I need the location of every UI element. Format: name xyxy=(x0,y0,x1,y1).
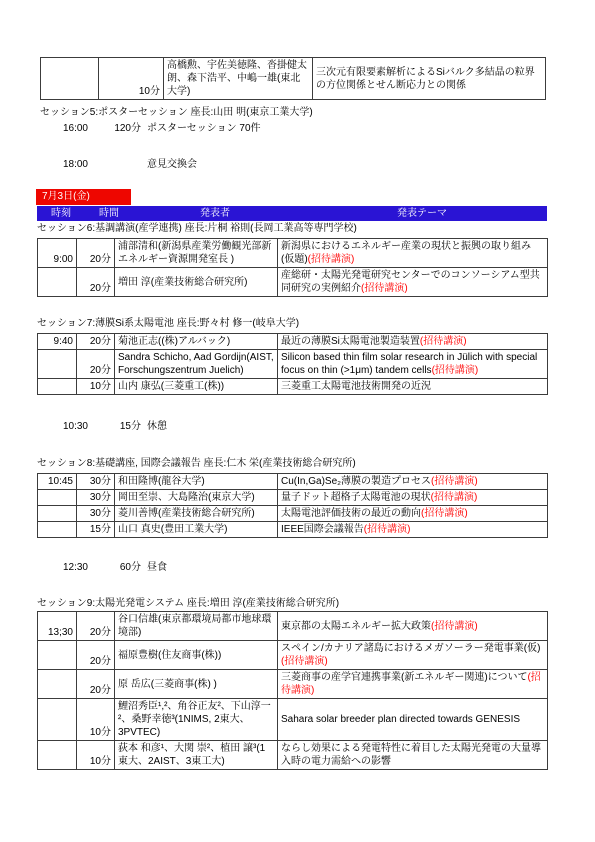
duration-cell: 30分 xyxy=(77,490,115,506)
time-cell xyxy=(41,58,99,100)
theme-cell: 最近の薄膜Si太陽電池製造装置(招待講演) xyxy=(278,334,548,350)
duration-cell: 15分 xyxy=(77,522,115,538)
speaker-cell: 岡田至崇、大島隆治(東京大学) xyxy=(115,490,278,506)
time-cell xyxy=(38,670,77,699)
time-cell xyxy=(38,741,77,770)
theme-text: IEEE国際会議報告 xyxy=(281,524,364,535)
invited-label: (招待講演) xyxy=(421,508,468,519)
duration-text xyxy=(88,159,141,171)
table-row: 10:45 30分 和田隆博(龍谷大学) Cu(In,Ga)Se₂薄膜の製造プロ… xyxy=(38,474,548,490)
time-cell xyxy=(38,350,77,379)
time-cell xyxy=(38,490,77,506)
table-row: 30分 菱川善博(産業技術総合研究所) 太陽電池評価技術の最近の動向(招待講演) xyxy=(38,506,548,522)
session7-heading: セッション7:薄膜Si系太陽電池 座長:野々村 修一(岐阜大学) xyxy=(37,318,299,330)
event-label: 意見交換会 xyxy=(147,159,197,171)
event-label: 休憩 xyxy=(147,421,167,433)
theme-cell: 量子ドット超格子太陽電池の現状(招待講演) xyxy=(278,490,548,506)
time-cell xyxy=(38,522,77,538)
session6-heading: セッション6:基調講演(産学連携) 座長:片桐 裕則(長岡工業高等専門学校) xyxy=(37,223,357,235)
invited-label: (招待講演) xyxy=(432,365,479,376)
theme-text: 三菱商事の産学官連携事業(新エネルギー関連)について xyxy=(281,672,527,683)
time-cell xyxy=(38,506,77,522)
session5-heading: セッション5:ポスターセッション 座長:山田 明(東京工業大学) xyxy=(40,107,313,119)
theme-cell: Silicon based thin film solar research i… xyxy=(278,350,548,379)
invited-label: (招待講演) xyxy=(364,524,411,535)
session8-table: 10:45 30分 和田隆博(龍谷大学) Cu(In,Ga)Se₂薄膜の製造プロ… xyxy=(37,473,548,538)
time-cell xyxy=(38,641,77,670)
time-text: 16:00 xyxy=(40,123,88,135)
theme-text: 三次元有限要素解析によるSiバルク多結晶の粒界の方位関係とせん断応力との関係 xyxy=(316,67,535,91)
table-row: 20分 原 岳広(三菱商事(株) ) 三菱商事の産学官連携事業(新エネルギー関連… xyxy=(38,670,548,699)
theme-text: スペイン/カナリア諸島におけるメガソーラー発電事業(仮) xyxy=(281,643,540,654)
speaker-cell: 谷口信雄(東京都環境局都市地球環境部) xyxy=(115,612,278,641)
table-row: 30分 岡田至崇、大島隆治(東京大学) 量子ドット超格子太陽電池の現状(招待講演… xyxy=(38,490,548,506)
session9-table: 13;30 20分 谷口信雄(東京都環境局都市地球環境部) 東京都の太陽エネルギ… xyxy=(37,611,548,770)
theme-text: Silicon based thin film solar research i… xyxy=(281,352,537,376)
duration-cell: 10分 xyxy=(77,379,115,395)
theme-text: ならし効果による発電特性に着目した太陽光発電の大量導入時の電力需給への影響 xyxy=(281,743,541,767)
break-line-rest: 10:30 15分 休憩 xyxy=(40,421,167,433)
speaker-cell: 高橋勲、宇佐美徳隆、沓掛健太朗、森下浩平、中嶋一雄(東北大学) xyxy=(164,58,313,100)
theme-text: Cu(In,Ga)Se₂薄膜の製造プロセス xyxy=(281,476,431,487)
speaker-cell: 菱川善博(産業技術総合研究所) xyxy=(115,506,278,522)
header-time: 時刻 xyxy=(37,206,85,221)
schedule-line-exchange: 18:00 意見交換会 xyxy=(40,159,197,171)
duration-cell: 20分 xyxy=(77,268,115,297)
theme-cell: Cu(In,Ga)Se₂薄膜の製造プロセス(招待講演) xyxy=(278,474,548,490)
program-page: 10分 高橋勲、宇佐美徳隆、沓掛健太朗、森下浩平、中嶋一雄(東北大学) 三次元有… xyxy=(0,0,595,842)
duration-cell: 30分 xyxy=(77,474,115,490)
theme-cell: 太陽電池評価技術の最近の動向(招待講演) xyxy=(278,506,548,522)
table-row: 13;30 20分 谷口信雄(東京都環境局都市地球環境部) 東京都の太陽エネルギ… xyxy=(38,612,548,641)
speaker-cell: 荻本 和彦¹、大関 崇²、植田 譲³(1東大、2AIST、3東工大) xyxy=(115,741,278,770)
table-row: 9:00 20分 浦部清和(新潟県産業労働観光部新エネルギー資源開発室長 ) 新… xyxy=(38,239,548,268)
duration-cell: 20分 xyxy=(77,670,115,699)
time-cell: 9:00 xyxy=(38,239,77,268)
time-cell: 10:45 xyxy=(38,474,77,490)
invited-label: (招待講演) xyxy=(308,254,355,265)
time-cell xyxy=(38,699,77,741)
table-row: 20分 増田 淳(産業技術総合研究所) 産総研・太陽光発電研究センターでのコンソ… xyxy=(38,268,548,297)
session8-heading: セッション8:基礎講座, 国際会議報告 座長:仁木 栄(産業技術総合研究所) xyxy=(37,458,356,470)
time-text: 10:30 xyxy=(40,421,88,433)
duration-cell: 10分 xyxy=(77,699,115,741)
theme-cell: IEEE国際会議報告(招待講演) xyxy=(278,522,548,538)
invited-label: (招待講演) xyxy=(420,336,467,347)
invited-label: (招待講演) xyxy=(431,492,478,503)
duration-text: 60分 xyxy=(88,562,141,574)
speaker-cell: 山口 真史(豊田工業大学) xyxy=(115,522,278,538)
speaker-cell: 和田隆博(龍谷大学) xyxy=(115,474,278,490)
invited-label: (招待講演) xyxy=(431,621,478,632)
duration-cell: 30分 xyxy=(77,506,115,522)
theme-cell: ならし効果による発電特性に着目した太陽光発電の大量導入時の電力需給への影響 xyxy=(278,741,548,770)
time-cell: 9:40 xyxy=(38,334,77,350)
table-row: 15分 山口 真史(豊田工業大学) IEEE国際会議報告(招待講演) xyxy=(38,522,548,538)
event-label: ポスターセッション 70件 xyxy=(147,123,261,135)
theme-cell: 新潟県におけるエネルギー産業の現状と振興の取り組み(仮題)(招待講演) xyxy=(278,239,548,268)
session6-table: 9:00 20分 浦部清和(新潟県産業労働観光部新エネルギー資源開発室長 ) 新… xyxy=(37,238,548,297)
invited-label: (招待講演) xyxy=(431,476,478,487)
speaker-cell: 菊池正志((株)アルバック) xyxy=(115,334,278,350)
theme-cell: 三菱商事の産学官連携事業(新エネルギー関連)について(招待講演) xyxy=(278,670,548,699)
duration-text: 15分 xyxy=(88,421,141,433)
table-row: 20分 福原豊樹(住友商事(株)) スペイン/カナリア諸島におけるメガソーラー発… xyxy=(38,641,548,670)
speaker-cell: 増田 淳(産業技術総合研究所) xyxy=(115,268,278,297)
time-cell xyxy=(38,268,77,297)
speaker-cell: Sandra Schicho, Aad Gordijn(AIST, Forsch… xyxy=(115,350,278,379)
duration-cell: 20分 xyxy=(77,612,115,641)
duration-text: 120分 xyxy=(88,123,141,135)
theme-text: 産総研・太陽光発電研究センターでのコンソーシアム型共同研究の実例紹介 xyxy=(281,270,540,294)
table-header: 時刻 時間 発表者 発表テーマ xyxy=(37,206,547,221)
session7-table: 9:40 20分 菊池正志((株)アルバック) 最近の薄膜Si太陽電池製造装置(… xyxy=(37,333,548,395)
theme-cell: 東京都の太陽エネルギー拡大政策(招待講演) xyxy=(278,612,548,641)
theme-text: 東京都の太陽エネルギー拡大政策 xyxy=(281,621,431,632)
event-label: 昼食 xyxy=(147,562,167,574)
duration-cell: 20分 xyxy=(77,334,115,350)
theme-text: Sahara solar breeder plan directed towar… xyxy=(281,714,520,725)
invited-label: (招待講演) xyxy=(281,656,328,667)
theme-cell: 三次元有限要素解析によるSiバルク多結晶の粒界の方位関係とせん断応力との関係 xyxy=(313,58,546,100)
theme-text: 最近の薄膜Si太陽電池製造装置 xyxy=(281,336,420,347)
table-row: 10分 山内 康弘(三菱重工(株)) 三菱重工太陽電池技術開発の近況 xyxy=(38,379,548,395)
duration-cell: 10分 xyxy=(77,741,115,770)
break-line-lunch: 12:30 60分 昼食 xyxy=(40,562,167,574)
theme-text: 三菱重工太陽電池技術開発の近況 xyxy=(281,381,431,392)
theme-cell: 産総研・太陽光発電研究センターでのコンソーシアム型共同研究の実例紹介(招待講演) xyxy=(278,268,548,297)
table-row: 9:40 20分 菊池正志((株)アルバック) 最近の薄膜Si太陽電池製造装置(… xyxy=(38,334,548,350)
time-text: 12:30 xyxy=(40,562,88,574)
speaker-cell: 原 岳広(三菱商事(株) ) xyxy=(115,670,278,699)
table-row: 10分 鯉沼秀臣¹,²、角谷正友²、下山淳一²、桑野幸徳³(1NIMS, 2東大… xyxy=(38,699,548,741)
speaker-cell: 浦部清和(新潟県産業労働観光部新エネルギー資源開発室長 ) xyxy=(115,239,278,268)
duration-cell: 20分 xyxy=(77,239,115,268)
invited-label: (招待講演) xyxy=(361,283,408,294)
header-duration: 時間 xyxy=(85,206,133,221)
speaker-cell: 鯉沼秀臣¹,²、角谷正友²、下山淳一²、桑野幸徳³(1NIMS, 2東大、3PV… xyxy=(115,699,278,741)
theme-cell: Sahara solar breeder plan directed towar… xyxy=(278,699,548,741)
theme-cell: 三菱重工太陽電池技術開発の近況 xyxy=(278,379,548,395)
theme-text: 量子ドット超格子太陽電池の現状 xyxy=(281,492,431,503)
duration-cell: 10分 xyxy=(99,58,164,100)
table-row: 10分 荻本 和彦¹、大関 崇²、植田 譲³(1東大、2AIST、3東工大) な… xyxy=(38,741,548,770)
theme-cell: スペイン/カナリア諸島におけるメガソーラー発電事業(仮)(招待講演) xyxy=(278,641,548,670)
session9-heading: セッション9:太陽光発電システム 座長:増田 淳(産業技術総合研究所) xyxy=(37,598,339,610)
header-theme: 発表テーマ xyxy=(297,206,547,221)
header-speaker: 発表者 xyxy=(133,206,297,221)
duration-cell: 20分 xyxy=(77,350,115,379)
time-cell: 13;30 xyxy=(38,612,77,641)
schedule-line-poster: 16:00 120分 ポスターセッション 70件 xyxy=(40,123,261,135)
duration-cell: 20分 xyxy=(77,641,115,670)
speaker-cell: 福原豊樹(住友商事(株)) xyxy=(115,641,278,670)
carryover-table: 10分 高橋勲、宇佐美徳隆、沓掛健太朗、森下浩平、中嶋一雄(東北大学) 三次元有… xyxy=(40,57,546,100)
time-cell xyxy=(38,379,77,395)
date-banner: 7月3日(金) xyxy=(36,189,131,205)
time-text: 18:00 xyxy=(40,159,88,171)
table-row: 20分 Sandra Schicho, Aad Gordijn(AIST, Fo… xyxy=(38,350,548,379)
theme-text: 太陽電池評価技術の最近の動向 xyxy=(281,508,421,519)
speaker-cell: 山内 康弘(三菱重工(株)) xyxy=(115,379,278,395)
table-row: 10分 高橋勲、宇佐美徳隆、沓掛健太朗、森下浩平、中嶋一雄(東北大学) 三次元有… xyxy=(41,58,546,100)
